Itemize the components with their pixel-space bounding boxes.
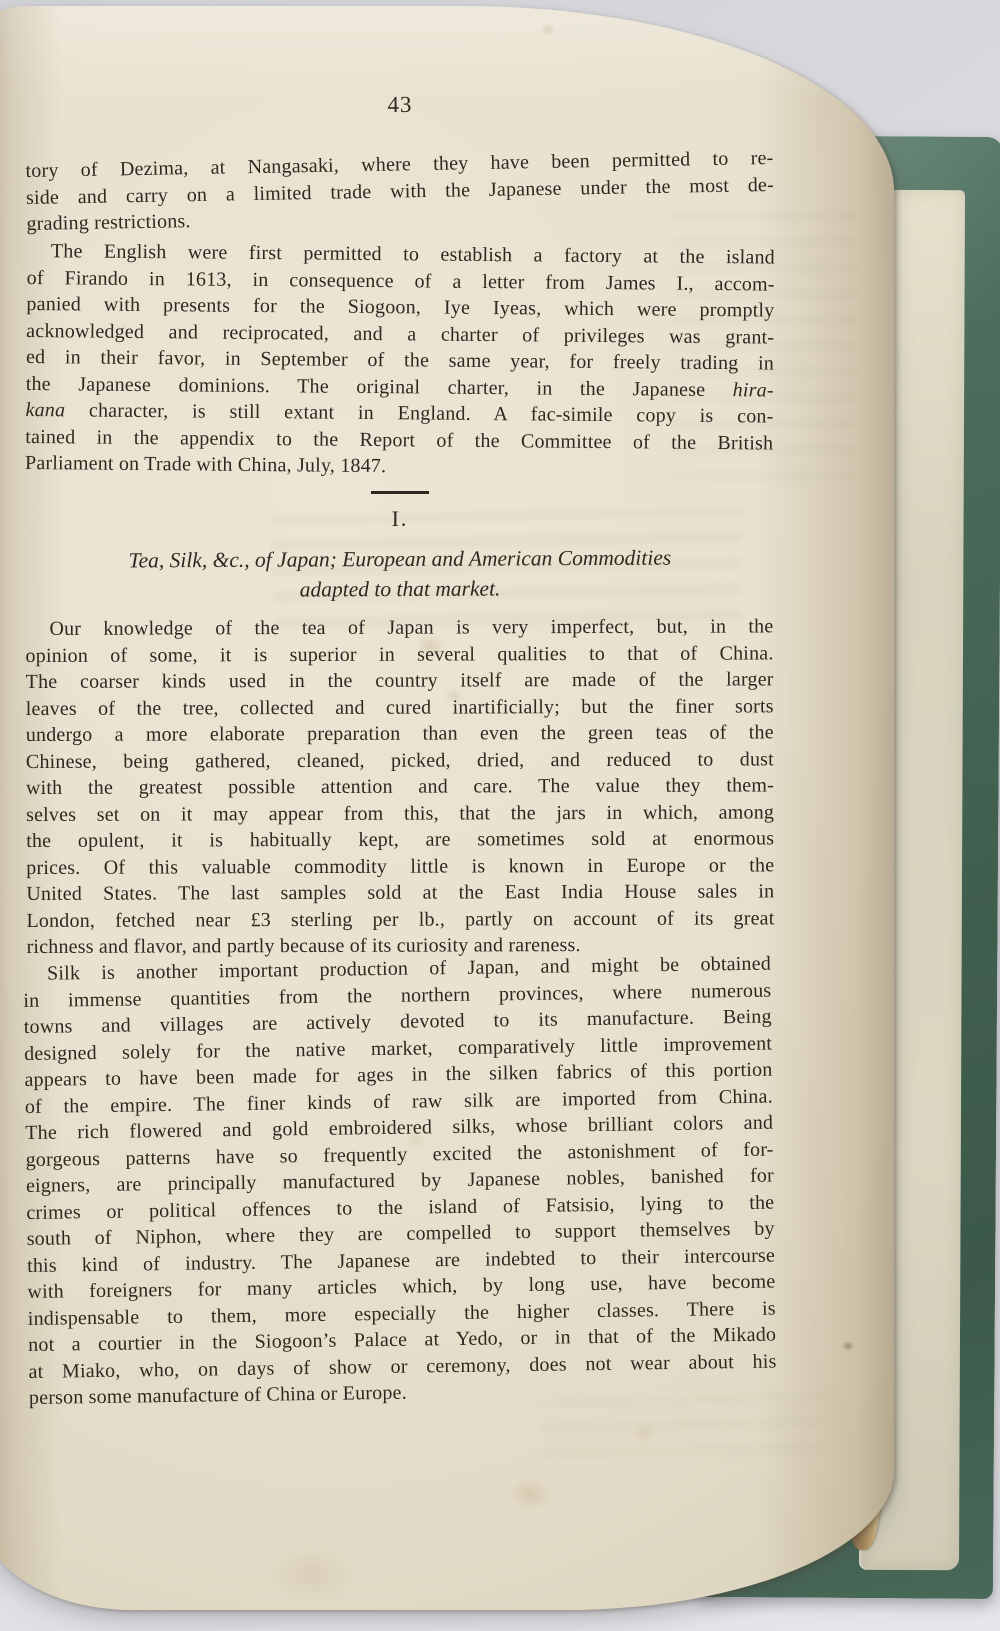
- book-page: 43 tory of Dezima, at Nangasaki, where t…: [0, 6, 894, 1610]
- heading-line: adapted to that market.: [26, 572, 774, 606]
- text-line: The coarser kinds used in the country it…: [26, 666, 774, 695]
- section-divider-rule: [371, 491, 429, 494]
- page-number: 43: [26, 89, 774, 122]
- text-line: London, fetched near £3 sterling per lb.…: [26, 905, 774, 934]
- text-line: United States. The last samples sold at …: [26, 878, 774, 907]
- text-line: Our knowledge of the tea of Japan is ver…: [25, 613, 773, 642]
- section-number: I.: [26, 506, 774, 532]
- text-line: prices. Of this valuable commodity littl…: [26, 852, 774, 881]
- paragraph: Our knowledge of the tea of Japan is ver…: [25, 613, 774, 960]
- text-line: undergo a more elaborate preparation tha…: [26, 719, 774, 748]
- section-heading: Tea, Silk, &c., of Japan; European and A…: [26, 542, 774, 606]
- text-line: opinion of some, it is superior in sever…: [25, 640, 773, 669]
- text-line: the opulent, it is habitually kept, are …: [26, 825, 774, 854]
- heading-line: Tea, Silk, &c., of Japan; European and A…: [26, 542, 774, 576]
- text-line: selves set on it may appear from this, t…: [26, 799, 774, 828]
- paragraph: Silk is another important production of …: [23, 950, 777, 1411]
- text-line: Chinese, being gathered, cleaned, picked…: [26, 746, 774, 775]
- text-line: leaves of the tree, collected and cured …: [26, 693, 774, 722]
- paragraph: tory of Dezima, at Nangasaki, where they…: [25, 145, 774, 238]
- text-line: with the greatest possible attention and…: [26, 772, 774, 801]
- text-column: tory of Dezima, at Nangasaki, where they…: [26, 158, 774, 1411]
- paragraph: The English were first permitted to esta…: [25, 238, 775, 483]
